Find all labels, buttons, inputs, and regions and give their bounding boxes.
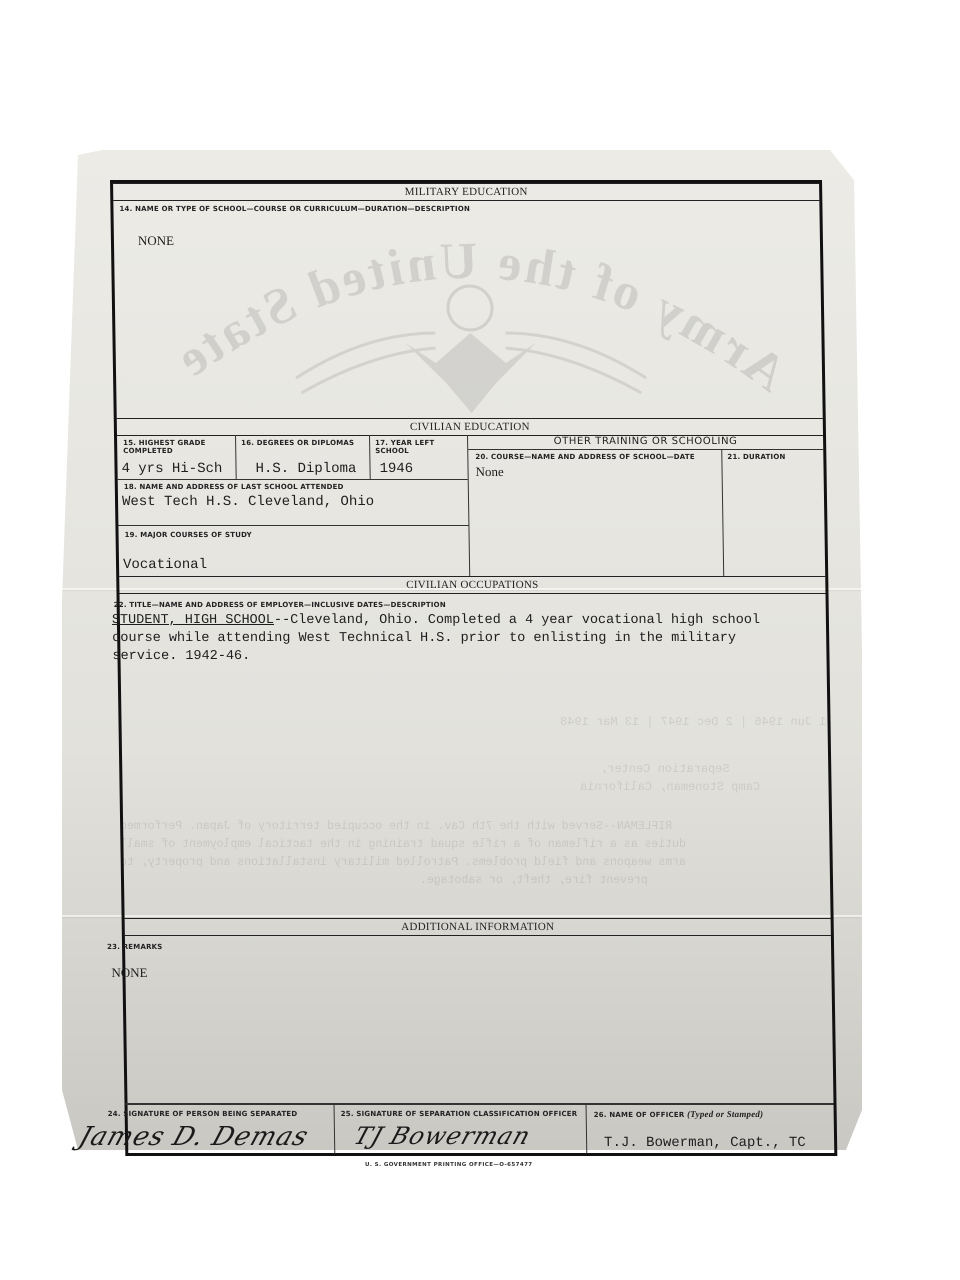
field-17-label: 17. YEAR LEFT SCHOOL — [375, 439, 455, 455]
divider — [125, 1103, 833, 1105]
field-22-line-2[interactable]: course while attending West Technical H.… — [112, 631, 736, 646]
field-23-label: 23. REMARKS — [107, 943, 163, 951]
section-header-additional-information: ADDITIONAL INFORMATION — [125, 918, 831, 936]
field-15-value[interactable]: 4 yrs Hi-Sch — [121, 461, 222, 477]
separation-form: Army of the United States MILITARY EDUCA… — [110, 180, 837, 1156]
other-training-header: OTHER TRAINING OR SCHOOLING — [468, 435, 823, 450]
field-19-value[interactable]: Vocational — [123, 557, 207, 573]
field-26-label: 26. NAME OF OFFICER (Typed or Stamped) — [594, 1110, 764, 1119]
printer-footnote: U. S. GOVERNMENT PRINTING OFFICE—O-65747… — [365, 1162, 533, 1168]
field-16-value[interactable]: H.S. Diploma — [255, 461, 356, 477]
field-19-label: 19. MAJOR COURSES OF STUDY — [125, 531, 252, 539]
field-15-label: 15. HIGHEST GRADE COMPLETED — [123, 439, 233, 455]
army-eagle-watermark-icon: Army of the United States — [144, 213, 797, 423]
divider — [334, 1104, 336, 1154]
field-26-value[interactable]: T.J. Bowerman, Capt., TC — [604, 1135, 806, 1151]
section-header-military-education: MILITARY EDUCATION — [113, 183, 819, 201]
field-22-line-3[interactable]: service. 1942-46. — [112, 649, 250, 664]
section-header-civilian-education: CIVILIAN EDUCATION — [117, 418, 823, 436]
divider — [118, 525, 468, 526]
field-25-label: 25. SIGNATURE OF SEPARATION CLASSIFICATI… — [341, 1110, 581, 1118]
divider — [369, 435, 371, 479]
field-14-label: 14. NAME OR TYPE OF SCHOOL—COURSE OR CUR… — [119, 205, 470, 213]
divider — [467, 435, 470, 576]
field-17-value[interactable]: 1946 — [379, 461, 413, 477]
signature-person-separated[interactable]: James D. Demas — [75, 1122, 313, 1152]
field-16-label: 16. DEGREES OR DIPLOMAS — [241, 439, 354, 447]
field-18-label: 18. NAME AND ADDRESS OF LAST SCHOOL ATTE… — [124, 483, 344, 491]
divider — [235, 435, 237, 479]
field-21-label: 21. DURATION — [727, 453, 785, 461]
divider — [118, 479, 468, 480]
field-24-label: 24. SIGNATURE OF PERSON BEING SEPARATED — [108, 1110, 298, 1118]
signature-classification-officer[interactable]: TJ Bowerman — [350, 1122, 534, 1150]
field-23-value[interactable]: NONE — [111, 965, 147, 981]
field-18-value[interactable]: West Tech H.S. Cleveland, Ohio — [122, 494, 374, 510]
divider — [586, 1104, 588, 1154]
field-22-line-1[interactable]: STUDENT, HIGH SCHOOL--Cleveland, Ohio. C… — [112, 613, 760, 628]
field-22-label: 22. TITLE—NAME AND ADDRESS OF EMPLOYER—I… — [114, 601, 446, 609]
section-header-civilian-occupations: CIVILIAN OCCUPATIONS — [119, 576, 825, 594]
field-14-value[interactable]: NONE — [138, 233, 174, 249]
field-20-label: 20. COURSE—NAME AND ADDRESS OF SCHOOL—DA… — [475, 453, 695, 461]
field-22-title: STUDENT, HIGH SCHOOL — [112, 613, 274, 628]
divider — [721, 449, 724, 576]
field-20-value[interactable]: None — [475, 464, 503, 480]
